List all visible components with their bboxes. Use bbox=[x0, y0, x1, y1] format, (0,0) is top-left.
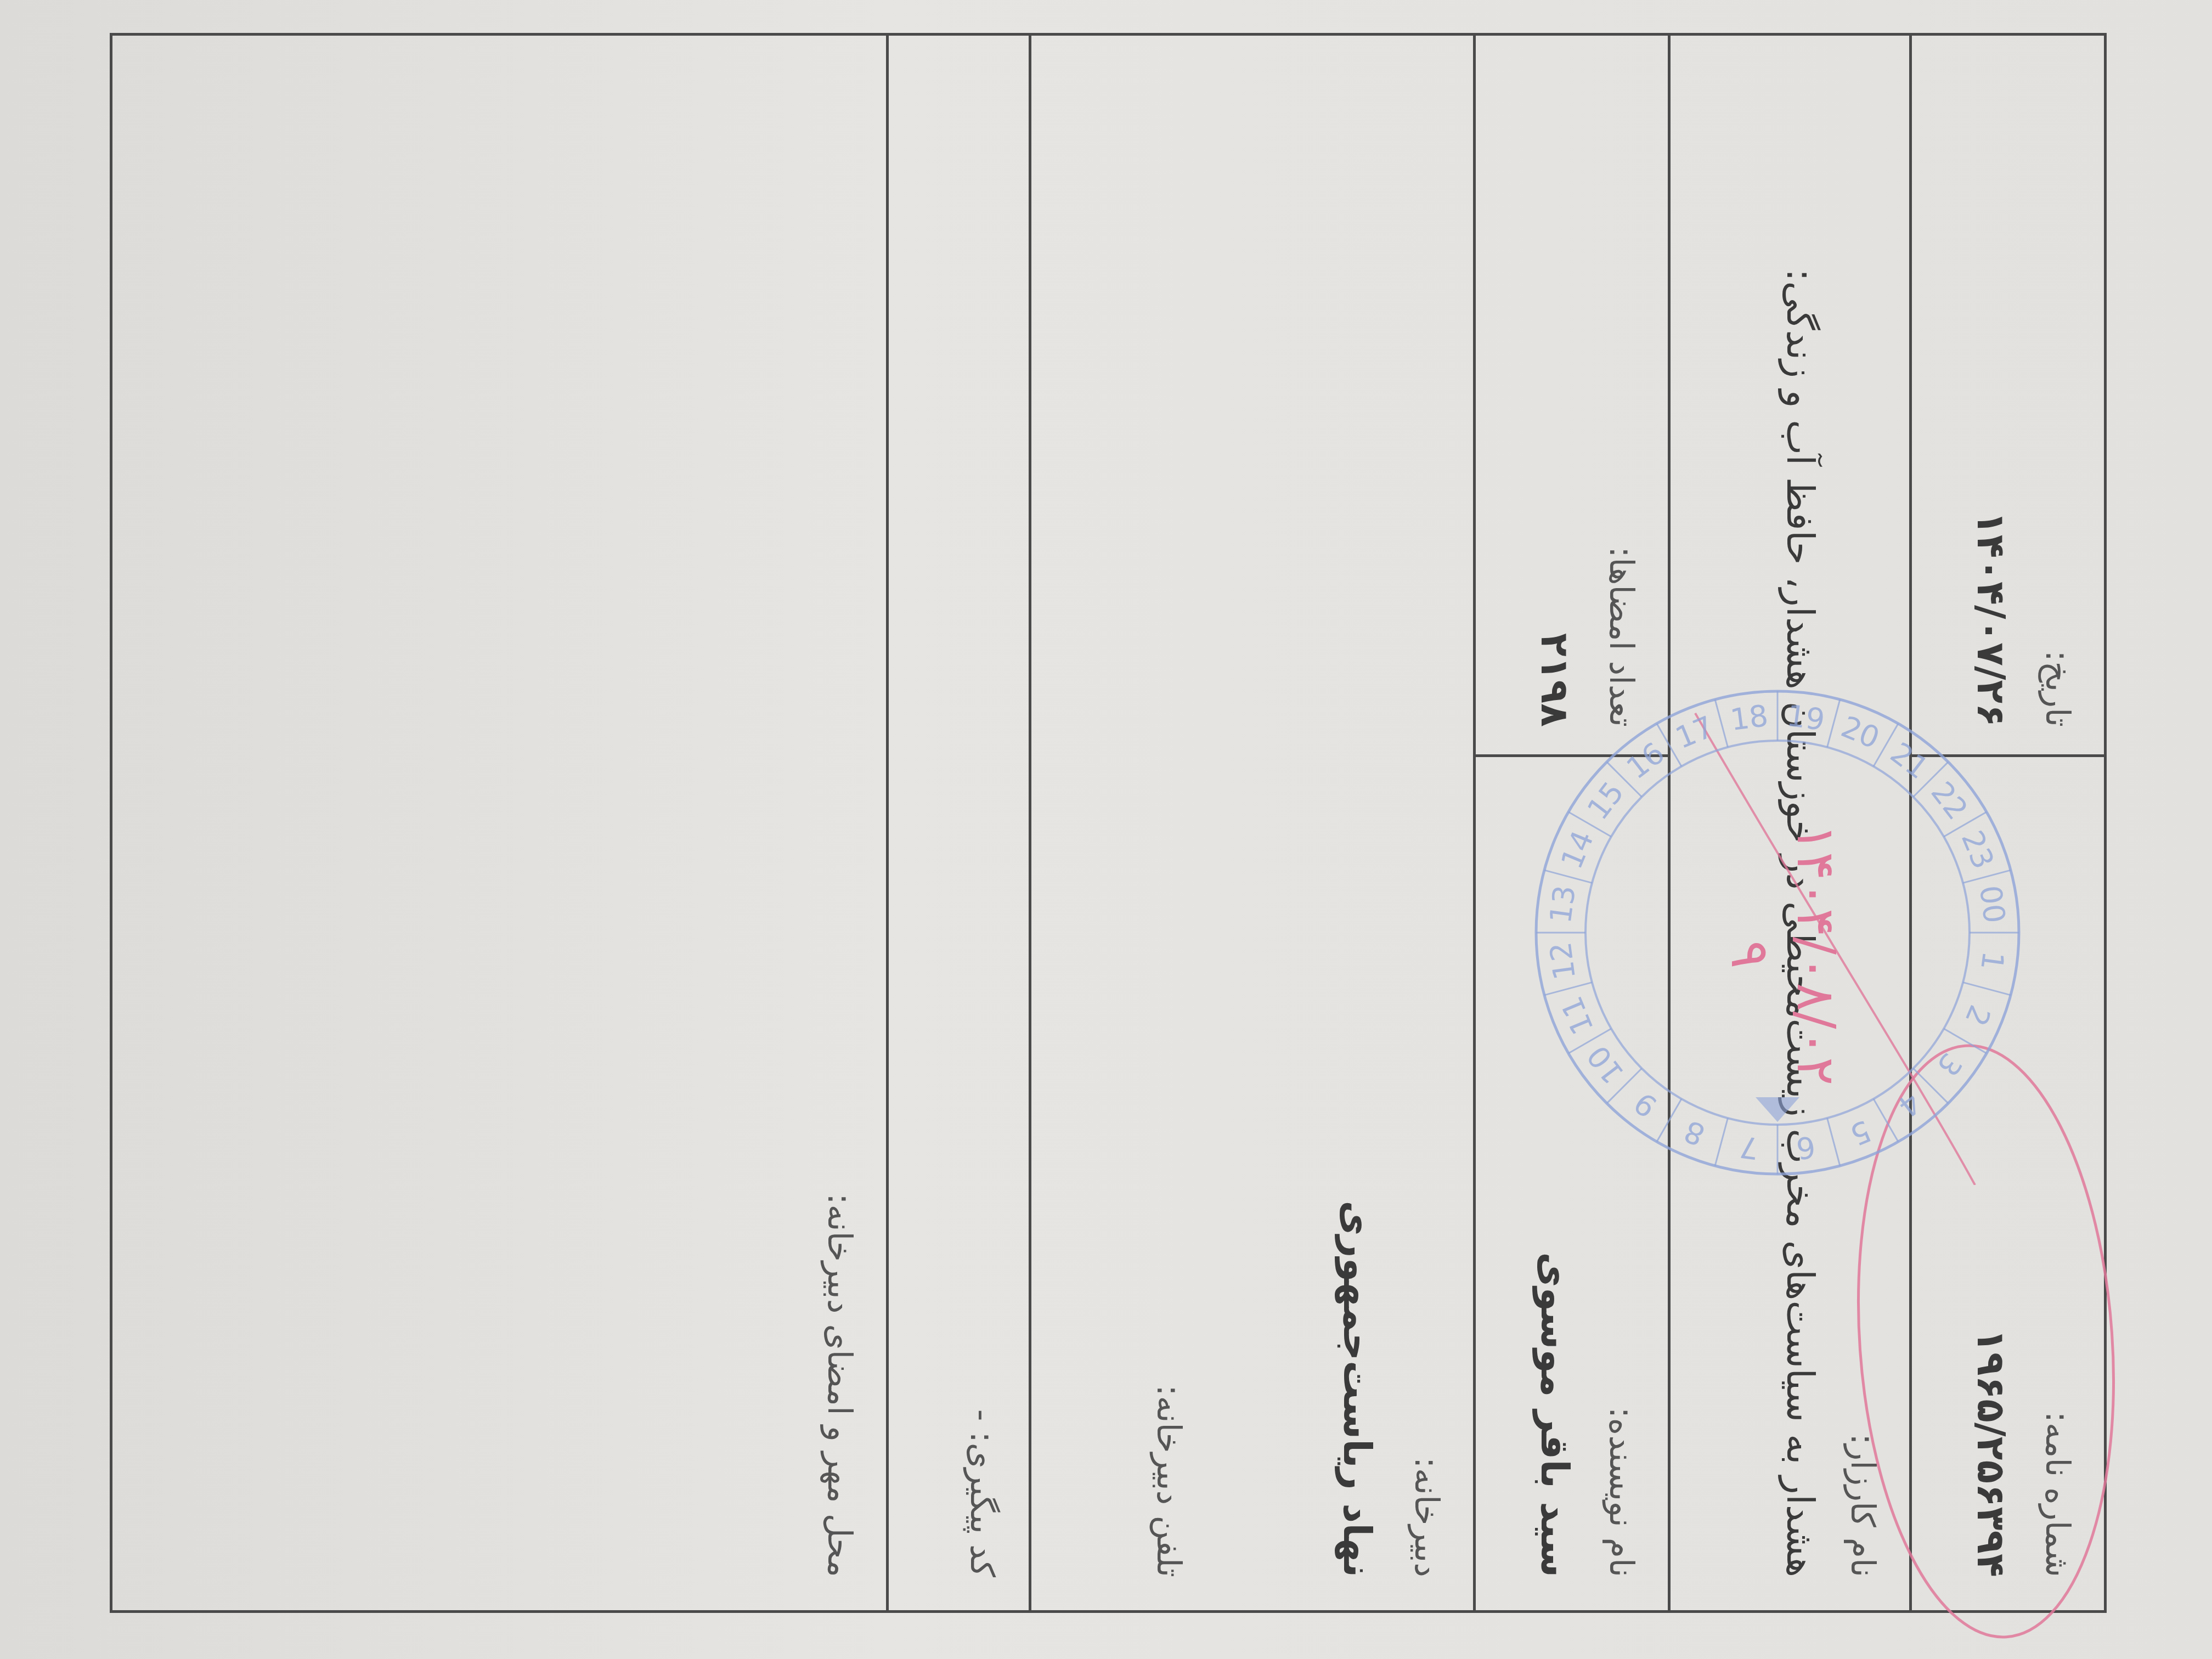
secretariat-label: دبیرخانه: bbox=[1407, 1457, 1446, 1577]
secretariat-value: نهاد ریاست‌جمهوری bbox=[1335, 1200, 1380, 1577]
date-value: ۱۴۰۴/۰۷/۲۶ bbox=[1968, 511, 2013, 727]
row-secretariat: دبیرخانه: نهاد ریاست‌جمهوری تلفن دبیرخان… bbox=[1029, 36, 1473, 1610]
date-cell: تاریخ: ۱۴۰۴/۰۷/۲۶ bbox=[1912, 36, 2104, 760]
signature-count-value: ۲۱۹۸ bbox=[1532, 633, 1577, 727]
paper-sheet: شماره نامه: ۱۹۶۵/۲۵۶۳۹۴ تاریخ: ۱۴۰۴/۰۷/۲… bbox=[110, 33, 2107, 1635]
letter-number-value: ۱۹۶۵/۲۵۶۳۹۴ bbox=[1968, 1329, 2013, 1577]
tracking-code-value: - bbox=[963, 1409, 1001, 1421]
letter-number-label: شماره نامه: bbox=[2038, 1412, 2076, 1577]
row-number-date: شماره نامه: ۱۹۶۵/۲۵۶۳۹۴ تاریخ: ۱۴۰۴/۰۷/۲… bbox=[1909, 36, 2104, 1610]
author-cell: نام نویسنده: سید باقر موسوی bbox=[1476, 754, 1668, 1610]
seal-area-label: محل مهر و امضای دبیرخانه: bbox=[820, 1193, 859, 1577]
letter-number-cell: شماره نامه: ۱۹۶۵/۲۵۶۳۹۴ bbox=[1912, 754, 2104, 1610]
row-tracking-code: کد پیگیری: - bbox=[886, 36, 1029, 1610]
date-label: تاریخ: bbox=[2038, 650, 2076, 727]
row-author-signatures: نام نویسنده: سید باقر موسوی تعداد امضاها… bbox=[1473, 36, 1668, 1610]
handwritten-date: ۱۴۰۴/۰۸/۰۲ bbox=[1783, 790, 1849, 1119]
signature-count-label: تعداد امضاها: bbox=[1602, 546, 1640, 727]
author-label: نام نویسنده: bbox=[1602, 1407, 1640, 1577]
tracking-code-label-text: کد پیگیری: bbox=[963, 1432, 1001, 1577]
row-seal-area: محل مهر و امضای دبیرخانه: bbox=[107, 36, 886, 1610]
subject-label: نام کارزار: bbox=[1843, 1434, 1882, 1577]
tracking-code-label: کد پیگیری: - bbox=[963, 1409, 1001, 1577]
handwritten-note: ۹ bbox=[1717, 790, 1783, 1119]
handwritten-annotation: ۱۴۰۴/۰۸/۰۲ ۹ bbox=[1717, 790, 1849, 1119]
secretariat-phone-label: تلفن دبیرخانه: bbox=[1149, 1385, 1188, 1577]
signature-count-cell: تعداد امضاها: ۲۱۹۸ bbox=[1476, 36, 1668, 760]
author-value: سید باقر موسوی bbox=[1532, 1252, 1577, 1577]
